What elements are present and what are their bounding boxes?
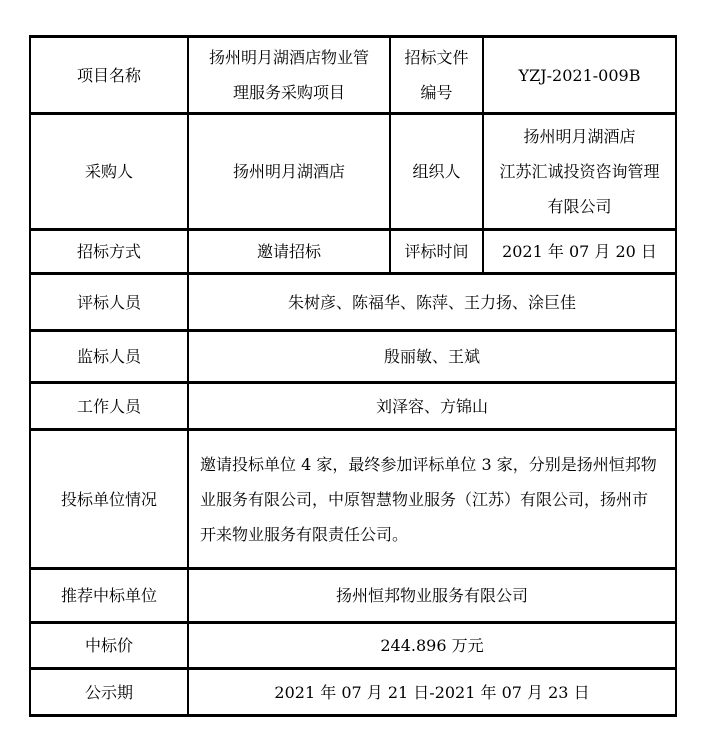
announcement-page: 项目名称 扬州明月湖酒店物业管 理服务采购项目 招标文件 编号 YZJ-2021… [0,0,709,732]
purchaser-value: 扬州明月湖酒店 [188,114,390,230]
table-row-evaluators: 评标人员 朱树彦、陈福华、陈萍、王力扬、涂巨佳 [30,274,676,331]
supervisors-label: 监标人员 [30,331,188,383]
organizer-value: 扬州明月湖酒店 江苏汇诚投资咨询管理 有限公司 [483,114,676,230]
table-row-recommended-winner: 推荐中标单位 扬州恒邦物业服务有限公司 [30,569,676,623]
bidder-situation-value: 邀请投标单位 4 家，最终参加评标单位 3 家，分别是扬州恒邦物 业服务有限公司… [188,430,676,569]
evaluation-time-label: 评标时间 [390,230,483,274]
table-row-supervisors: 监标人员 殷丽敏、王斌 [30,331,676,383]
publicity-period-label: 公示期 [30,669,188,716]
table-row-bid-method: 招标方式 邀请招标 评标时间 2021 年 07 月 20 日 [30,230,676,274]
project-name-label: 项目名称 [30,37,188,114]
bid-result-table: 项目名称 扬州明月湖酒店物业管 理服务采购项目 招标文件 编号 YZJ-2021… [29,35,677,717]
evaluation-time-value: 2021 年 07 月 20 日 [483,230,676,274]
table-row-publicity-period: 公示期 2021 年 07 月 21 日-2021 年 07 月 23 日 [30,669,676,716]
table-row-purchaser: 采购人 扬州明月湖酒店 组织人 扬州明月湖酒店 江苏汇诚投资咨询管理 有限公司 [30,114,676,230]
bid-method-label: 招标方式 [30,230,188,274]
publicity-period-value: 2021 年 07 月 21 日-2021 年 07 月 23 日 [188,669,676,716]
evaluators-value: 朱树彦、陈福华、陈萍、王力扬、涂巨佳 [188,274,676,331]
bid-document-number-value: YZJ-2021-009B [483,37,676,114]
winning-price-label: 中标价 [30,623,188,669]
table-row-winning-price: 中标价 244.896 万元 [30,623,676,669]
recommended-winner-value: 扬州恒邦物业服务有限公司 [188,569,676,623]
table-row-staff: 工作人员 刘泽容、方锦山 [30,383,676,430]
staff-value: 刘泽容、方锦山 [188,383,676,430]
organizer-label: 组织人 [390,114,483,230]
recommended-winner-label: 推荐中标单位 [30,569,188,623]
bidder-situation-label: 投标单位情况 [30,430,188,569]
project-name-value: 扬州明月湖酒店物业管 理服务采购项目 [188,37,390,114]
table-row-project-name: 项目名称 扬州明月湖酒店物业管 理服务采购项目 招标文件 编号 YZJ-2021… [30,37,676,114]
staff-label: 工作人员 [30,383,188,430]
table-row-bidder-situation: 投标单位情况 邀请投标单位 4 家，最终参加评标单位 3 家，分别是扬州恒邦物 … [30,430,676,569]
bid-method-value: 邀请招标 [188,230,390,274]
bid-document-number-label: 招标文件 编号 [390,37,483,114]
purchaser-label: 采购人 [30,114,188,230]
winning-price-value: 244.896 万元 [188,623,676,669]
supervisors-value: 殷丽敏、王斌 [188,331,676,383]
evaluators-label: 评标人员 [30,274,188,331]
